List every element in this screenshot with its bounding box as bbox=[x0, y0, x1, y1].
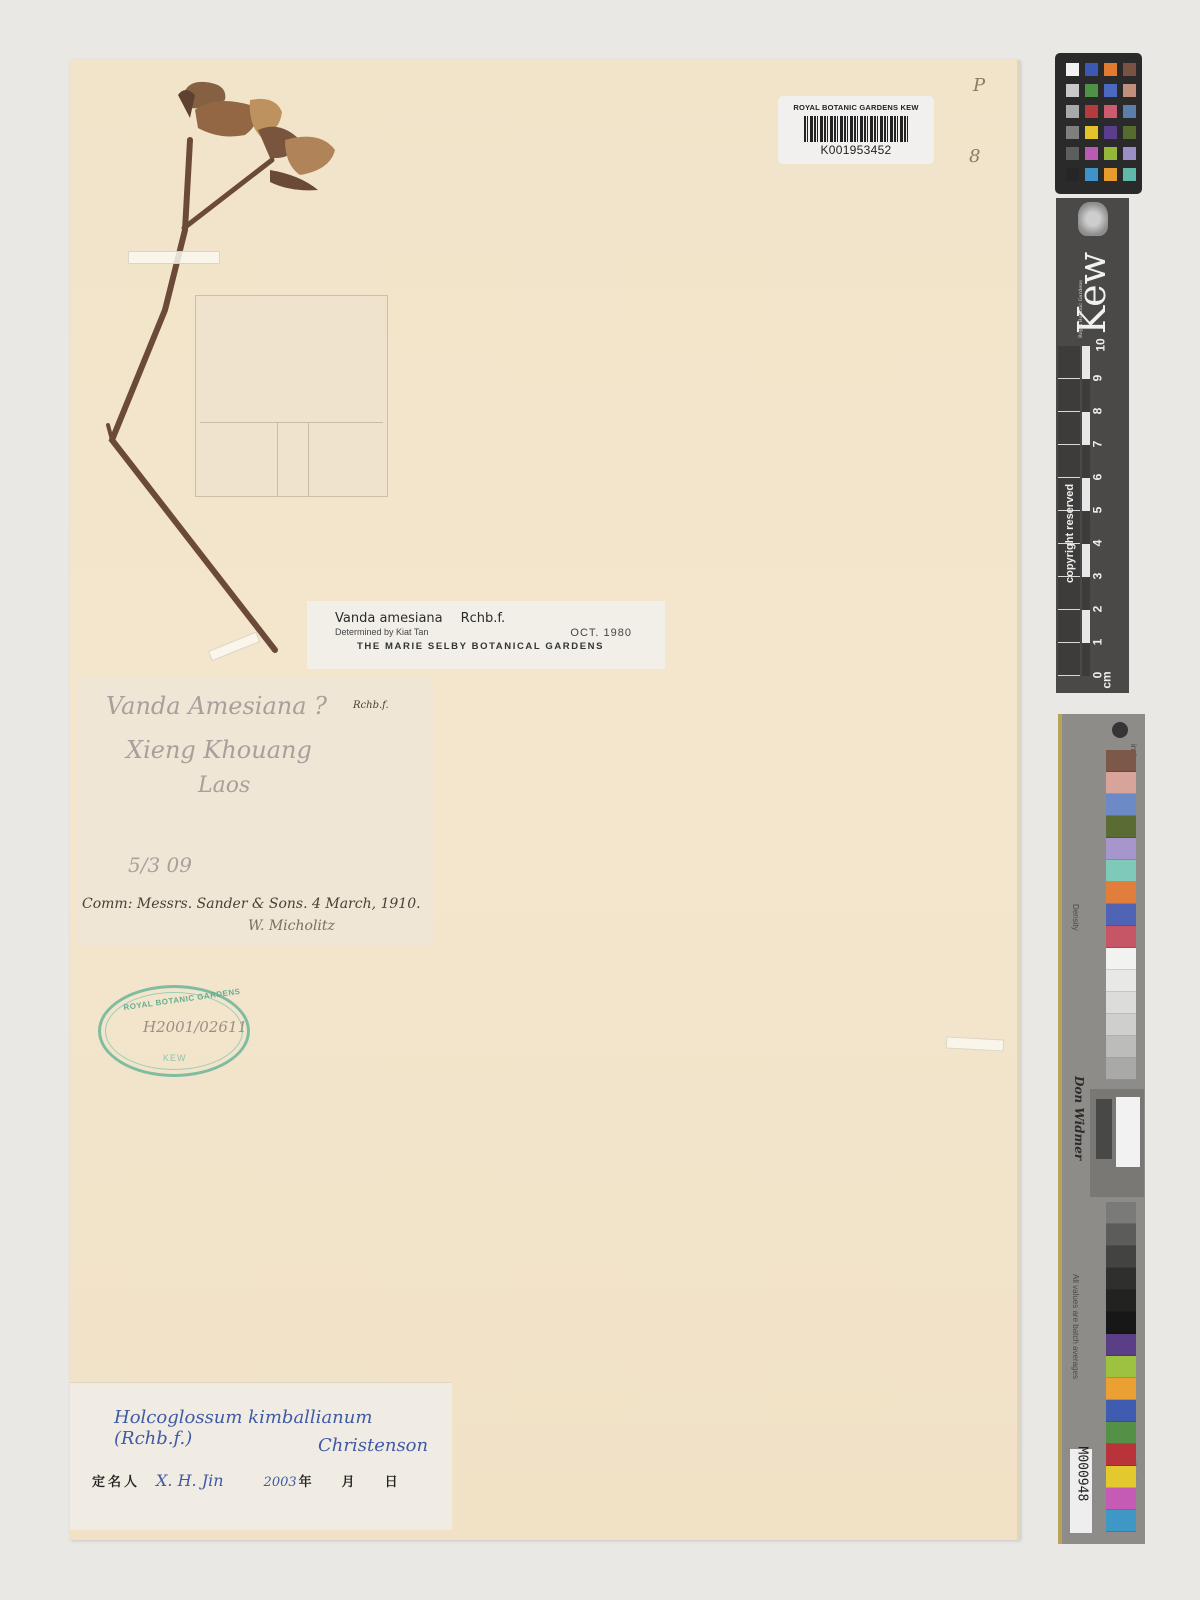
month-unit: 月 bbox=[342, 1471, 355, 1490]
color-swatch bbox=[1106, 882, 1136, 904]
color-swatch bbox=[1104, 63, 1117, 76]
communication-note: Comm: Messrs. Sander & Sons. 4 March, 19… bbox=[82, 896, 421, 912]
scale-block bbox=[1058, 379, 1080, 412]
color-swatch bbox=[1106, 948, 1136, 970]
fragment-packet[interactable] bbox=[195, 295, 388, 497]
color-swatch bbox=[1085, 105, 1098, 118]
date-note: 5/3 09 bbox=[128, 853, 192, 877]
color-swatch bbox=[1104, 168, 1117, 181]
scale-number: 6 bbox=[1090, 474, 1104, 481]
color-swatch bbox=[1066, 147, 1079, 160]
pencil-mark: 8 bbox=[969, 146, 980, 167]
color-swatch bbox=[1106, 1036, 1136, 1058]
scale-number: 5 bbox=[1090, 507, 1104, 514]
scale-stripe bbox=[1082, 544, 1090, 577]
color-swatch bbox=[1106, 992, 1136, 1014]
scale-stripe bbox=[1082, 379, 1090, 412]
barcode-label: ROYAL BOTANIC GARDENS KEW K001953452 bbox=[778, 96, 934, 164]
color-swatch bbox=[1106, 816, 1136, 838]
determination-label: Vanda amesianaRchb.f. Determined by Kiat… bbox=[307, 601, 665, 669]
strip-id: M000948 bbox=[1075, 1447, 1090, 1527]
color-swatch bbox=[1106, 1334, 1136, 1356]
color-swatch bbox=[1123, 63, 1136, 76]
copyright-text: copyright reserved bbox=[1064, 453, 1076, 583]
scale-stripe bbox=[1082, 346, 1090, 379]
year-unit: 年 bbox=[299, 1471, 312, 1490]
color-swatch bbox=[1106, 926, 1136, 948]
color-swatch bbox=[1123, 105, 1136, 118]
color-swatch bbox=[1123, 147, 1136, 160]
color-swatch bbox=[1066, 105, 1079, 118]
scale-stripe bbox=[1082, 412, 1090, 445]
scale-block bbox=[1058, 610, 1080, 643]
color-swatch bbox=[1106, 1014, 1136, 1036]
original-author: Rchb.f. bbox=[353, 700, 389, 711]
color-swatch bbox=[1123, 168, 1136, 181]
packet-flap bbox=[200, 298, 383, 423]
color-swatch bbox=[1123, 84, 1136, 97]
color-swatch bbox=[1066, 63, 1079, 76]
royal-crest-icon bbox=[1078, 202, 1108, 236]
color-swatch bbox=[1106, 772, 1136, 794]
color-swatch bbox=[1106, 860, 1136, 882]
scale-stripe bbox=[1082, 610, 1090, 643]
color-swatch bbox=[1085, 63, 1098, 76]
pencil-mark: P bbox=[973, 75, 985, 96]
swatches-bottom bbox=[1106, 1202, 1136, 1532]
color-swatch bbox=[1106, 794, 1136, 816]
color-swatch bbox=[1106, 1488, 1136, 1510]
target-light bbox=[1116, 1097, 1140, 1167]
color-reference-strip: inches Density All values are batch aver… bbox=[1058, 714, 1145, 1544]
tape-strip bbox=[128, 251, 220, 264]
kew-accession-stamp: ROYAL BOTANIC GARDENS H2001/02611 KEW bbox=[98, 985, 250, 1077]
color-swatch bbox=[1106, 1268, 1136, 1290]
scale-number: 9 bbox=[1090, 375, 1104, 382]
strip-brand: Don Widmer bbox=[1072, 1076, 1086, 1160]
color-swatch bbox=[1085, 84, 1098, 97]
color-swatch bbox=[1106, 1444, 1136, 1466]
locality: Xieng Khouang bbox=[126, 736, 312, 764]
packet-fold bbox=[308, 423, 309, 497]
color-swatch bbox=[1106, 1224, 1136, 1246]
swatches-top bbox=[1106, 750, 1136, 1080]
scale-numbers: 109876543210 bbox=[1094, 338, 1114, 688]
scale-number: 7 bbox=[1090, 441, 1104, 448]
color-checker bbox=[1055, 53, 1142, 194]
year-value: 2003 bbox=[264, 1475, 297, 1490]
scale-block bbox=[1058, 346, 1080, 379]
scale-block bbox=[1058, 643, 1080, 676]
color-swatch bbox=[1066, 84, 1079, 97]
color-swatch bbox=[1106, 904, 1136, 926]
color-swatch bbox=[1106, 1058, 1136, 1080]
kew-scale-bar: Kew Royal Botanic Gardens 109876543210 c… bbox=[1056, 198, 1129, 693]
barcode-number: K001953452 bbox=[820, 143, 891, 157]
accession-number: H2001/02611 bbox=[143, 1018, 247, 1036]
color-swatch bbox=[1106, 1378, 1136, 1400]
stamp-bottom-text: KEW bbox=[163, 1053, 187, 1063]
color-swatch bbox=[1106, 1510, 1136, 1532]
taxon-author: Rchb.f. bbox=[461, 611, 506, 626]
color-swatch bbox=[1106, 838, 1136, 860]
color-swatch bbox=[1085, 126, 1098, 139]
scale-number: 1 bbox=[1090, 639, 1104, 646]
color-swatch bbox=[1106, 1400, 1136, 1422]
original-taxon: Vanda Amesiana ? bbox=[106, 692, 327, 720]
scale-number: 8 bbox=[1090, 408, 1104, 415]
barcode-icon bbox=[804, 116, 908, 142]
unit-label: cm bbox=[1100, 671, 1114, 688]
institution: THE MARIE SELBY BOTANICAL GARDENS bbox=[357, 641, 665, 652]
packet-fold bbox=[277, 423, 278, 497]
color-swatch bbox=[1104, 126, 1117, 139]
color-swatch bbox=[1123, 126, 1136, 139]
color-swatch bbox=[1104, 105, 1117, 118]
scale-number: 10 bbox=[1094, 338, 1108, 351]
color-swatch bbox=[1104, 147, 1117, 160]
color-swatch bbox=[1106, 1246, 1136, 1268]
determiner-label: 定名人 bbox=[92, 1471, 140, 1490]
kew-logo: Kew bbox=[1047, 263, 1137, 323]
country: Laos bbox=[198, 773, 250, 798]
kew-subtitle: Royal Botanic Gardens bbox=[1078, 248, 1084, 338]
scale-stripe bbox=[1082, 478, 1090, 511]
batch-note: All values are batch averages bbox=[1071, 1274, 1080, 1379]
color-swatch bbox=[1066, 168, 1079, 181]
original-label: Vanda Amesiana ? Rchb.f. Xieng Khouang L… bbox=[78, 678, 433, 946]
sheet-edge bbox=[1017, 60, 1020, 1540]
color-swatch bbox=[1106, 1312, 1136, 1334]
color-swatch bbox=[1106, 970, 1136, 992]
redetermination-label: Holcoglossum kimballianum (Rchb.f.) Chri… bbox=[70, 1382, 452, 1530]
scale-number: 3 bbox=[1090, 573, 1104, 580]
determiner-name: X. H. Jin bbox=[156, 1471, 224, 1490]
scale-number: 2 bbox=[1090, 606, 1104, 613]
color-swatch bbox=[1106, 750, 1136, 772]
scale-stripe bbox=[1082, 511, 1090, 544]
color-swatch bbox=[1106, 1202, 1136, 1224]
determiner-row: 定名人 X. H. Jin 2003 年 月 日 bbox=[92, 1471, 432, 1490]
scale-stripe bbox=[1082, 577, 1090, 610]
scale-block bbox=[1058, 412, 1080, 445]
new-taxon-author: Christenson bbox=[318, 1435, 428, 1456]
density-label: Density bbox=[1071, 904, 1080, 931]
strip-id-label: M000948 bbox=[1070, 1449, 1092, 1533]
color-swatch bbox=[1106, 1356, 1136, 1378]
determiner-row: Determined by Kiat Tan OCT. 1980 bbox=[335, 627, 665, 639]
taxon-name: Vanda amesianaRchb.f. bbox=[335, 611, 665, 626]
color-swatch bbox=[1106, 1422, 1136, 1444]
determination-date: OCT. 1980 bbox=[570, 627, 632, 639]
scale-stripe bbox=[1082, 643, 1090, 676]
collector: W. Micholitz bbox=[248, 918, 335, 934]
target-dark bbox=[1096, 1099, 1112, 1159]
barcode-institution: ROYAL BOTANIC GARDENS KEW bbox=[793, 103, 918, 112]
taxon-name-text: Vanda amesiana bbox=[335, 611, 443, 626]
scale-stripe bbox=[1082, 445, 1090, 478]
color-swatch bbox=[1104, 84, 1117, 97]
color-swatch bbox=[1085, 147, 1098, 160]
resolution-target bbox=[1090, 1089, 1144, 1197]
color-swatch bbox=[1106, 1466, 1136, 1488]
strip-hole-icon bbox=[1112, 722, 1128, 738]
determiner: Determined by Kiat Tan bbox=[335, 627, 428, 639]
scale-number: 4 bbox=[1090, 540, 1104, 547]
color-swatch bbox=[1066, 126, 1079, 139]
copyright-label: copyright reserved bbox=[1064, 484, 1076, 583]
color-swatch bbox=[1106, 1290, 1136, 1312]
color-swatch bbox=[1085, 168, 1098, 181]
day-unit: 日 bbox=[385, 1471, 398, 1490]
